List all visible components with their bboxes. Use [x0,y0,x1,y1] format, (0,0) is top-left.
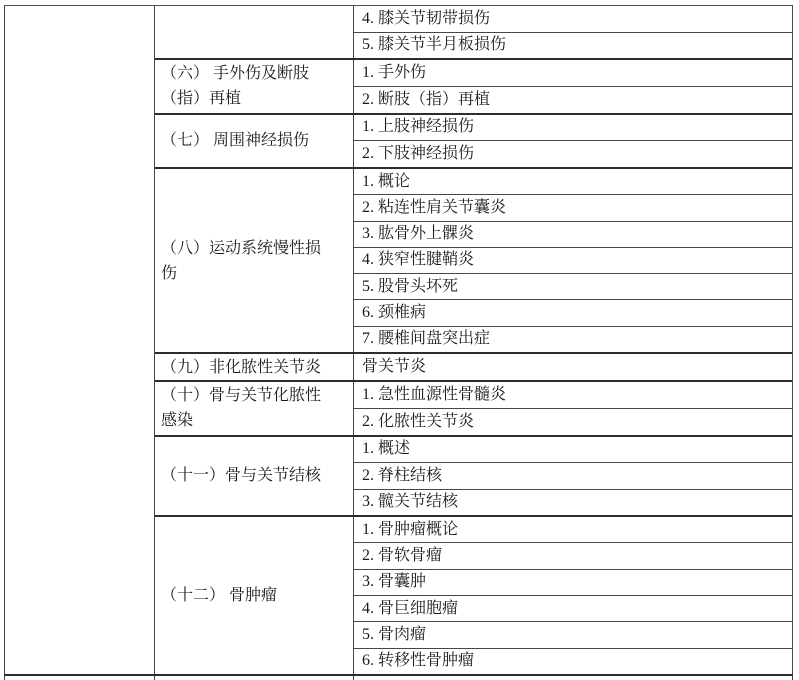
topic-cell: 4. 膝关节韧带损伤 [353,6,792,32]
section-row-7: （七） 周围神经损伤 1. 上肢神经损伤 2. 下肢神经损伤 [155,113,792,167]
topic-cell: 3. 髋关节结核 [353,489,792,516]
topic-cell: 1. 概论 [353,169,792,194]
section-row-continued: 4. 膝关节韧带损伤 5. 膝关节半月板损伤 [155,6,792,58]
topic-cell: 5. 骨肉瘤 [353,621,792,647]
topic-cell: 2. 脊柱结核 [353,462,792,489]
section-items: 1. 急性血源性骨髓炎 2. 化脓性关节炎 [353,382,792,434]
topic-cell: 1. 急性血源性骨髓炎 [353,382,792,408]
topic-cell: 5. 膝关节半月板损伤 [353,32,792,59]
section-items: 4. 膝关节韧带损伤 5. 膝关节半月板损伤 [353,6,792,58]
topic-cell: 7. 腰椎间盘突出症 [353,326,792,352]
topic-cell: 2. 粘连性肩关节囊炎 [353,194,792,220]
section-label: （六） 手外伤及断肢（指）再植 [155,60,353,112]
topic-cell: 1. 上肢神经损伤 [353,115,792,141]
topic-cell: 4. 骨巨细胞瘤 [353,595,792,621]
topic-cell: 骨关节炎 [353,354,792,380]
curriculum-table: 4. 膝关节韧带损伤 5. 膝关节半月板损伤 （六） 手外伤及断肢（指）再植 1… [155,6,792,674]
section-items: 1. 上肢神经损伤 2. 下肢神经损伤 [353,115,792,167]
topic-cell: 2. 骨软骨瘤 [353,542,792,568]
topic-cell: 4. 狭窄性腱鞘炎 [353,247,792,273]
section-items: 1. 手外伤 2. 断肢（指）再植 [353,60,792,112]
topic-cell: 1. 骨肿瘤概论 [353,517,792,542]
table-border-bottom [4,674,793,676]
section-label: （七） 周围神经损伤 [155,115,353,167]
section-row-9: （九）非化脓性关节炎 骨关节炎 [155,352,792,380]
table-border-left [4,5,5,680]
topic-cell: 6. 颈椎病 [353,299,792,325]
topic-cell: 2. 断肢（指）再植 [353,86,792,113]
section-label: （八）运动系统慢性损伤 [155,169,353,352]
section-row-10: （十）骨与关节化脓性感染 1. 急性血源性骨髓炎 2. 化脓性关节炎 [155,380,792,434]
section-items: 骨关节炎 [353,354,792,380]
section-label: （十二） 骨肿瘤 [155,517,353,674]
topic-cell: 5. 股骨头坏死 [353,273,792,299]
section-label [155,6,353,58]
topic-cell: 1. 手外伤 [353,60,792,86]
section-label: （九）非化脓性关节炎 [155,354,353,380]
table-border-right [792,5,793,680]
section-items: 1. 概述 2. 脊柱结核 3. 髋关节结核 [353,437,792,515]
section-row-12: （十二） 骨肿瘤 1. 骨肿瘤概论 2. 骨软骨瘤 3. 骨囊肿 4. 骨巨细胞… [155,515,792,674]
section-row-6: （六） 手外伤及断肢（指）再植 1. 手外伤 2. 断肢（指）再植 [155,58,792,112]
section-row-11: （十一）骨与关节结核 1. 概述 2. 脊柱结核 3. 髋关节结核 [155,435,792,515]
topic-cell: 2. 化脓性关节炎 [353,408,792,435]
topic-cell: 2. 下肢神经损伤 [353,140,792,167]
section-label: （十）骨与关节化脓性感染 [155,382,353,434]
section-items: 1. 骨肿瘤概论 2. 骨软骨瘤 3. 骨囊肿 4. 骨巨细胞瘤 5. 骨肉瘤 … [353,517,792,674]
topic-cell: 3. 骨囊肿 [353,569,792,595]
section-label: （十一）骨与关节结核 [155,437,353,515]
topic-cell: 6. 转移性骨肿瘤 [353,648,792,674]
section-items: 1. 概论 2. 粘连性肩关节囊炎 3. 肱骨外上髁炎 4. 狭窄性腱鞘炎 5.… [353,169,792,352]
topic-cell: 3. 肱骨外上髁炎 [353,221,792,247]
section-row-8: （八）运动系统慢性损伤 1. 概论 2. 粘连性肩关节囊炎 3. 肱骨外上髁炎 … [155,167,792,352]
topic-cell: 1. 概述 [353,437,792,463]
document-page: 4. 膝关节韧带损伤 5. 膝关节半月板损伤 （六） 手外伤及断肢（指）再植 1… [0,0,799,680]
